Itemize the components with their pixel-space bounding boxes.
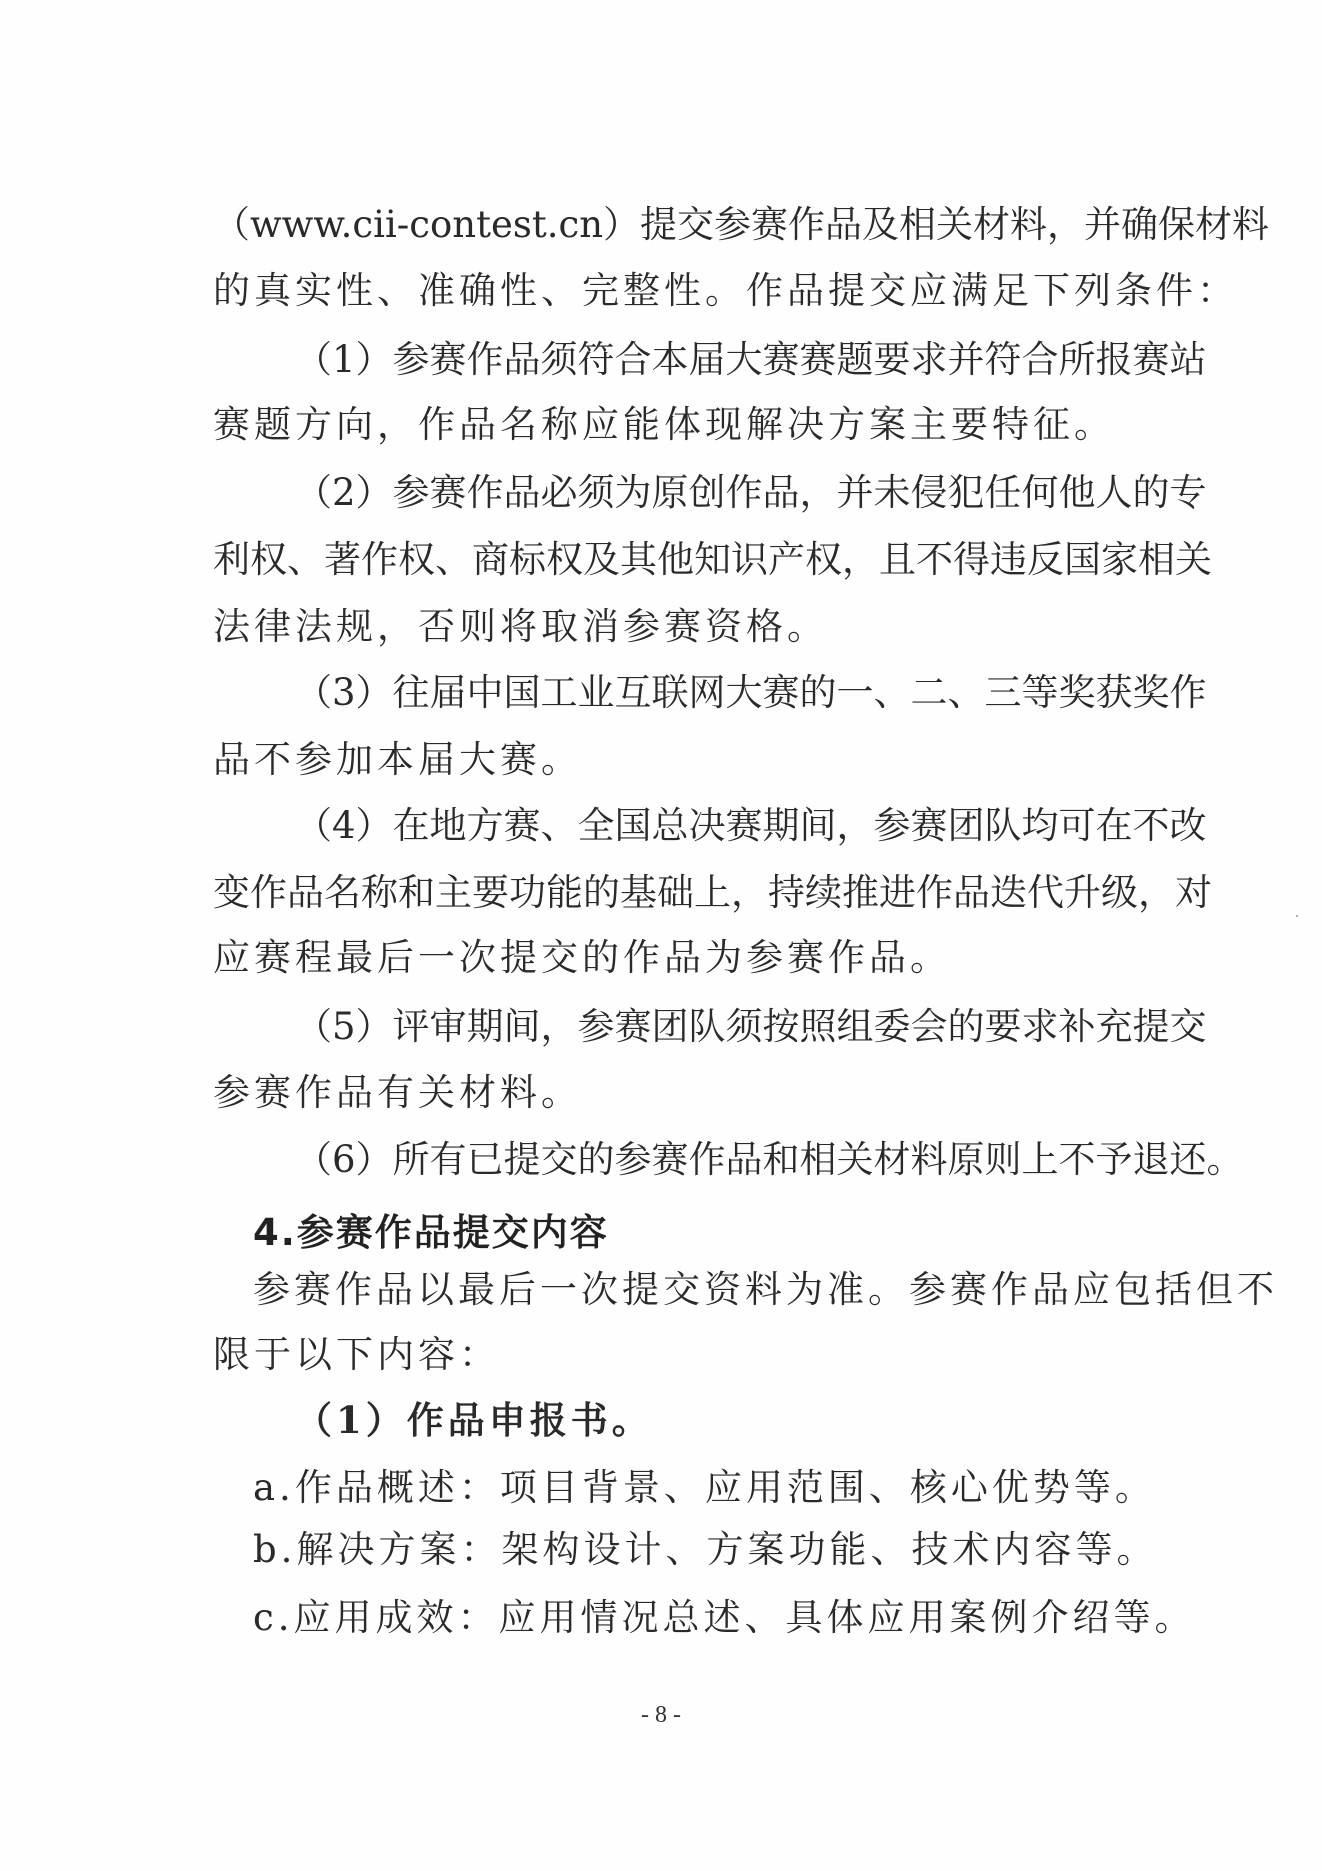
- paragraph-line: （1）参赛作品须符合本届大赛赛题要求并符合所报赛站: [295, 335, 1097, 385]
- paragraph-line: 品不参加本届大赛。: [213, 735, 1113, 785]
- paragraph-line: （2）参赛作品必须为原创作品，并未侵犯任何他人的专: [295, 468, 1097, 518]
- paragraph-line: 的真实性、准确性、完整性。作品提交应满足下列条件：: [213, 266, 1113, 316]
- paragraph-line: 法律法规，否则将取消参赛资格。: [213, 602, 1113, 652]
- paragraph-line: b.解决方案：架构设计、方案功能、技术内容等。: [253, 1525, 1153, 1575]
- scan-speck: [1296, 915, 1298, 917]
- paragraph-line: （www.cii-contest.cn）提交参赛作品及相关材料，并确保材料: [213, 200, 1097, 250]
- paragraph-line: 利权、著作权、商标权及其他知识产权，且不得违反国家相关: [213, 535, 1097, 585]
- paragraph-line: 应赛程最后一次提交的作品为参赛作品。: [213, 933, 1113, 983]
- paragraph-line: （1）作品申报书。: [295, 1395, 1195, 1445]
- section-heading: 4.参赛作品提交内容: [253, 1208, 1153, 1258]
- paragraph-line: c.应用成效：应用情况总述、具体应用案例介绍等。: [253, 1593, 1153, 1643]
- paragraph-line: 限于以下内容：: [213, 1330, 1113, 1380]
- paragraph-line: 参赛作品以最后一次提交资料为准。参赛作品应包括但不: [253, 1265, 1153, 1315]
- paragraph-line: （6）所有已提交的参赛作品和相关材料原则上不予退还。: [295, 1135, 1097, 1185]
- paragraph-line: 变作品名称和主要功能的基础上，持续推进作品迭代升级，对: [213, 868, 1097, 918]
- paragraph-line: （5）评审期间，参赛团队须按照组委会的要求补充提交: [295, 1002, 1097, 1052]
- paragraph-line: 参赛作品有关材料。: [213, 1068, 1113, 1118]
- page-number: - 8 -: [0, 1700, 1322, 1730]
- paragraph-line: 赛题方向，作品名称应能体现解决方案主要特征。: [213, 400, 1113, 450]
- document-page: （www.cii-contest.cn）提交参赛作品及相关材料，并确保材料的真实…: [0, 0, 1322, 1871]
- paragraph-line: a.作品概述：项目背景、应用范围、核心优势等。: [253, 1463, 1153, 1513]
- paragraph-line: （4）在地方赛、全国总决赛期间，参赛团队均可在不改: [295, 801, 1097, 851]
- paragraph-line: （3）往届中国工业互联网大赛的一、二、三等奖获奖作: [295, 668, 1097, 718]
